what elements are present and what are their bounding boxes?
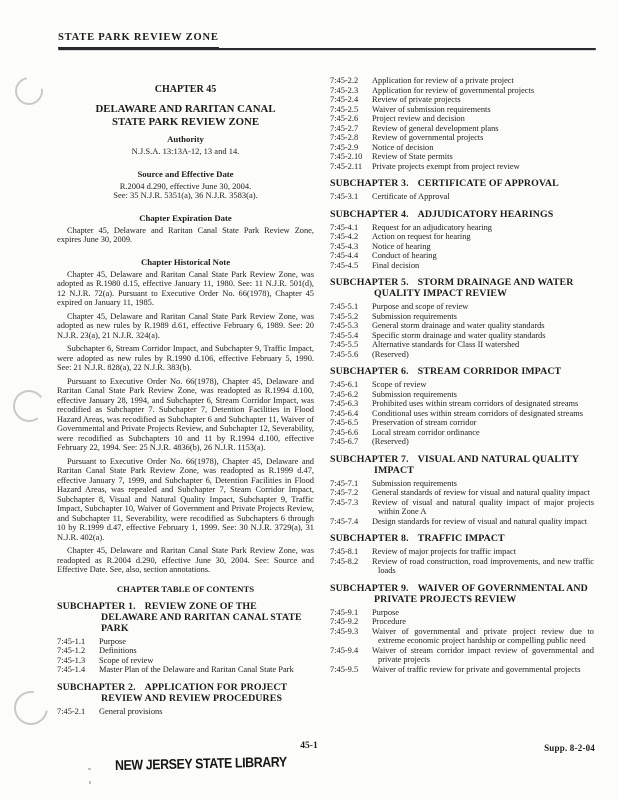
toc-entry-number: 7:45-2.4	[330, 95, 372, 105]
toc-entry-number: 7:45-2.6	[330, 114, 372, 124]
source-line2: See: 35 N.J.R. 5351(a), 36 N.J.R. 3583(a…	[57, 191, 314, 201]
toc-entry: 7:45-2.9Notice of decision	[330, 143, 594, 153]
authority-heading: Authority	[57, 134, 314, 144]
toc-entry: 7:45-6.6Local stream corridor ordinance	[330, 428, 594, 438]
toc-entry-number: 7:45-7.4	[330, 517, 372, 527]
subchapter-label: SUBCHAPTER 9.	[330, 583, 409, 594]
subchapter2-continued-items: 7:45-2.2Application for review of a priv…	[330, 76, 594, 171]
toc-entry-number: 7:45-2.9	[330, 143, 372, 153]
subchapter-heading: SUBCHAPTER 5.STORM DRAINAGE AND WATER QU…	[330, 277, 594, 299]
page-number: 45-1	[0, 741, 618, 751]
toc-entry-number: 7:45-4.5	[330, 261, 372, 271]
toc-entry: 7:45-9.2Procedure	[330, 617, 594, 627]
toc-entry-number: 7:45-2.10	[330, 152, 372, 162]
toc-entry: 7:45-3.1Certificate of Approval	[330, 192, 594, 202]
toc-entry: 7:45-6.7(Reserved)	[330, 437, 594, 447]
chapter-title-line1: DELAWARE AND RARITAN CANAL	[95, 103, 275, 115]
toc-entry: 7:45-9.4Waiver of stream corridor impact…	[330, 646, 594, 665]
toc-entry-number: 7:45-5.3	[330, 321, 372, 331]
toc-entry: 7:45-5.4Specific storm drainage and wate…	[330, 331, 594, 341]
historical-paragraphs: Chapter 45, Delaware and Raritan Canal S…	[57, 270, 314, 575]
historical-note-heading: Chapter Historical Note	[57, 257, 314, 267]
subchapter-label: SUBCHAPTER 4.	[330, 209, 409, 220]
toc-entry: 7:45-7.1Submission requirements	[330, 479, 594, 489]
toc-entry-number: 7:45-6.5	[330, 418, 372, 428]
toc-entry-number: 7:45-6.6	[330, 428, 372, 438]
toc-entry: 7:45-5.1Purpose and scope of review	[330, 302, 594, 312]
toc-entry-number: 7:45-9.5	[330, 665, 372, 675]
toc-entry: 7:45-8.1Review of major projects for tra…	[330, 547, 594, 557]
header-rule	[58, 48, 596, 50]
toc-entry: 7:45-6.4Conditional uses within stream c…	[330, 409, 594, 419]
historical-paragraph: Chapter 45, Delaware and Raritan Canal S…	[57, 270, 314, 308]
toc-entry: 7:45-2.11Private projects exempt from pr…	[330, 162, 594, 172]
toc-entry-number: 7:45-7.1	[330, 479, 372, 489]
toc-entry-number: 7:45-2.5	[330, 105, 372, 115]
toc-entry: 7:45-9.1Purpose	[330, 608, 594, 618]
toc-entry: 7:45-2.7Review of general development pl…	[330, 124, 594, 134]
toc-entry: 7:45-4.2Action on request for hearing	[330, 232, 594, 242]
toc-entry: 7:45-5.3General storm drainage and water…	[330, 321, 594, 331]
subchapter-heading: SUBCHAPTER 3.CERTIFICATE OF APPROVAL	[330, 178, 594, 189]
chapter-number: CHAPTER 45	[57, 84, 314, 95]
toc-entry-number: 7:45-2.8	[330, 133, 372, 143]
historical-paragraph: Pursuant to Executive Order No. 66(1978)…	[57, 457, 314, 543]
subchapter-label: SUBCHAPTER 8.	[330, 533, 409, 544]
subchapter-label: SUBCHAPTER 5.	[330, 277, 409, 288]
toc-entry: 7:45-4.1Request for an adjudicatory hear…	[330, 223, 594, 233]
toc-entry-number: 7:45-2.3	[330, 86, 372, 96]
toc-entry-number: 7:45-7.3	[330, 498, 372, 508]
toc-entry: 7:45-1.4Master Plan of the Delaware and …	[57, 665, 314, 675]
toc-entry-number: 7:45-3.1	[330, 192, 372, 202]
toc-entry: 7:45-6.5Preservation of stream corridor	[330, 418, 594, 428]
toc-entry-number: 7:45-1.3	[57, 656, 99, 666]
toc-entry-number: 7:45-4.3	[330, 242, 372, 252]
toc-entry: 7:45-8.2Review of road construction, roa…	[330, 557, 594, 576]
expiration-paragraph: Chapter 45, Delaware and Raritan Canal S…	[57, 226, 314, 245]
toc-entry-number: 7:45-5.4	[330, 331, 372, 341]
toc-entry-number: 7:45-4.2	[330, 232, 372, 242]
toc-entry-number: 7:45-2.2	[330, 76, 372, 86]
toc-entry-number: 7:45-2.7	[330, 124, 372, 134]
subchapter-heading: SUBCHAPTER 9.WAIVER OF GOVERNMENTAL AND …	[330, 583, 594, 605]
toc-entry: 7:45-4.5Final decision	[330, 261, 594, 271]
toc-entry: 7:45-2.8Review of governmental projects	[330, 133, 594, 143]
left-subchapters: SUBCHAPTER 1.REVIEW ZONE OF THE DELAWARE…	[57, 601, 314, 717]
toc-entry: 7:45-2.4Review of private projects	[330, 95, 594, 105]
historical-paragraph: Chapter 45, Delaware and Raritan Canal S…	[57, 546, 314, 575]
historical-paragraph: Chapter 45, Delaware and Raritan Canal S…	[57, 312, 314, 341]
toc-entry: 7:45-7.4Design standards for review of v…	[330, 517, 594, 527]
toc-entry-number: 7:45-2.11	[330, 162, 372, 172]
toc-entry: 7:45-2.1General provisions	[57, 707, 314, 717]
toc-entry-number: 7:45-4.4	[330, 251, 372, 261]
punch-hole-artifact	[10, 387, 47, 424]
toc-entry-number: 7:45-6.7	[330, 437, 372, 447]
scan-speck	[89, 781, 91, 784]
subchapter-label: SUBCHAPTER 1.	[57, 601, 136, 612]
toc-entry-number: 7:45-5.2	[330, 312, 372, 322]
punch-hole-artifact	[7, 684, 54, 731]
chapter-title-line2: STATE PARK REVIEW ZONE	[112, 116, 259, 128]
historical-paragraph: Pursuant to Executive Order No. 66(1978)…	[57, 377, 314, 453]
toc-entry: 7:45-7.3Review of visual and natural qua…	[330, 498, 594, 517]
toc-entry: 7:45-1.2Definitions	[57, 646, 314, 656]
subchapter-label: SUBCHAPTER 6.	[330, 366, 409, 377]
toc-entry-number: 7:45-4.1	[330, 223, 372, 233]
right-subchapters: SUBCHAPTER 3.CERTIFICATE OF APPROVAL7:45…	[330, 178, 594, 674]
subchapter-heading: SUBCHAPTER 1.REVIEW ZONE OF THE DELAWARE…	[57, 601, 314, 634]
toc-entry: 7:45-1.3Scope of review	[57, 656, 314, 666]
subchapter-heading: SUBCHAPTER 2.APPLICATION FOR PROJECT REV…	[57, 682, 314, 704]
toc-entry-number: 7:45-1.4	[57, 665, 99, 675]
subchapter-heading: SUBCHAPTER 4.ADJUDICATORY HEARINGS	[330, 209, 594, 220]
toc-entry: 7:45-2.5Waiver of submission requirement…	[330, 105, 594, 115]
authority-text: N.J.S.A. 13:13A-12, 13 and 14.	[57, 147, 314, 157]
toc-entry-number: 7:45-9.1	[330, 608, 372, 618]
toc-entry-number: 7:45-5.1	[330, 302, 372, 312]
library-stamp: NEW JERSEY STATE LIBRARY	[115, 753, 287, 773]
subchapter-label: SUBCHAPTER 7.	[330, 454, 409, 465]
subchapter-heading: SUBCHAPTER 7.VISUAL AND NATURAL QUALITY …	[330, 454, 594, 476]
document-page: STATE PARK REVIEW ZONE CHAPTER 45 DELAWA…	[0, 0, 618, 800]
subchapter-heading: SUBCHAPTER 8.TRAFFIC IMPACT	[330, 533, 594, 544]
right-column: 7:45-2.2Application for review of a priv…	[330, 76, 594, 674]
subchapter-heading: SUBCHAPTER 6.STREAM CORRIDOR IMPACT	[330, 366, 594, 377]
toc-entry: 7:45-2.10Review of State permits	[330, 152, 594, 162]
toc-entry-number: 7:45-6.4	[330, 409, 372, 419]
toc-entry-number: 7:45-6.3	[330, 399, 372, 409]
toc-entry-number: 7:45-9.2	[330, 617, 372, 627]
punch-hole-artifact	[10, 72, 49, 111]
toc-entry-number: 7:45-1.1	[57, 637, 99, 647]
toc-entry-number: 7:45-8.2	[330, 557, 372, 567]
source-heading: Source and Effective Date	[57, 169, 314, 179]
toc-entry: 7:45-1.1Purpose	[57, 637, 314, 647]
subchapter-label: SUBCHAPTER 3.	[330, 178, 409, 189]
toc-heading: CHAPTER TABLE OF CONTENTS	[57, 584, 314, 594]
historical-paragraph: Subchapter 6, Stream Corridor Impact, an…	[57, 344, 314, 373]
supplement-label: Supp. 8-2-04	[544, 743, 595, 753]
toc-entry-number: 7:45-7.2	[330, 488, 372, 498]
chapter-title: DELAWARE AND RARITAN CANAL STATE PARK RE…	[57, 103, 314, 128]
toc-entry-number: 7:45-5.6	[330, 350, 372, 360]
scan-speck	[88, 768, 91, 770]
running-header: STATE PARK REVIEW ZONE	[58, 32, 219, 48]
toc-entry: 7:45-9.3Waiver of governmental and priva…	[330, 627, 594, 646]
subchapter-label: SUBCHAPTER 2.	[57, 682, 136, 693]
toc-entry: 7:45-7.2General standards of review for …	[330, 488, 594, 498]
toc-entry-number: 7:45-1.2	[57, 646, 99, 656]
toc-entry: 7:45-9.5Waiver of traffic review for pri…	[330, 665, 594, 675]
toc-entry: 7:45-5.5Alternative standards for Class …	[330, 340, 594, 350]
expiration-heading: Chapter Expiration Date	[57, 213, 314, 223]
toc-entry-number: 7:45-9.3	[330, 627, 372, 637]
toc-entry-number: 7:45-2.1	[57, 707, 99, 717]
toc-entry: 7:45-6.3Prohibited uses within stream co…	[330, 399, 594, 409]
toc-entry-number: 7:45-8.1	[330, 547, 372, 557]
toc-entry-number: 7:45-6.2	[330, 390, 372, 400]
left-column: CHAPTER 45 DELAWARE AND RARITAN CANAL ST…	[57, 84, 314, 716]
toc-entry: 7:45-5.2Submission requirements	[330, 312, 594, 322]
toc-entry: 7:45-2.2Application for review of a priv…	[330, 76, 594, 86]
toc-entry: 7:45-4.3Notice of hearing	[330, 242, 594, 252]
toc-entry-number: 7:45-5.5	[330, 340, 372, 350]
toc-entry: 7:45-4.4Conduct of hearing	[330, 251, 594, 261]
toc-entry-number: 7:45-9.4	[330, 646, 372, 656]
toc-entry-number: 7:45-6.1	[330, 380, 372, 390]
toc-entry: 7:45-6.2Submission requirements	[330, 390, 594, 400]
toc-entry: 7:45-2.3Application for review of govern…	[330, 86, 594, 96]
toc-entry: 7:45-5.6(Reserved)	[330, 350, 594, 360]
toc-entry: 7:45-6.1Scope of review	[330, 380, 594, 390]
toc-entry: 7:45-2.6Project review and decision	[330, 114, 594, 124]
